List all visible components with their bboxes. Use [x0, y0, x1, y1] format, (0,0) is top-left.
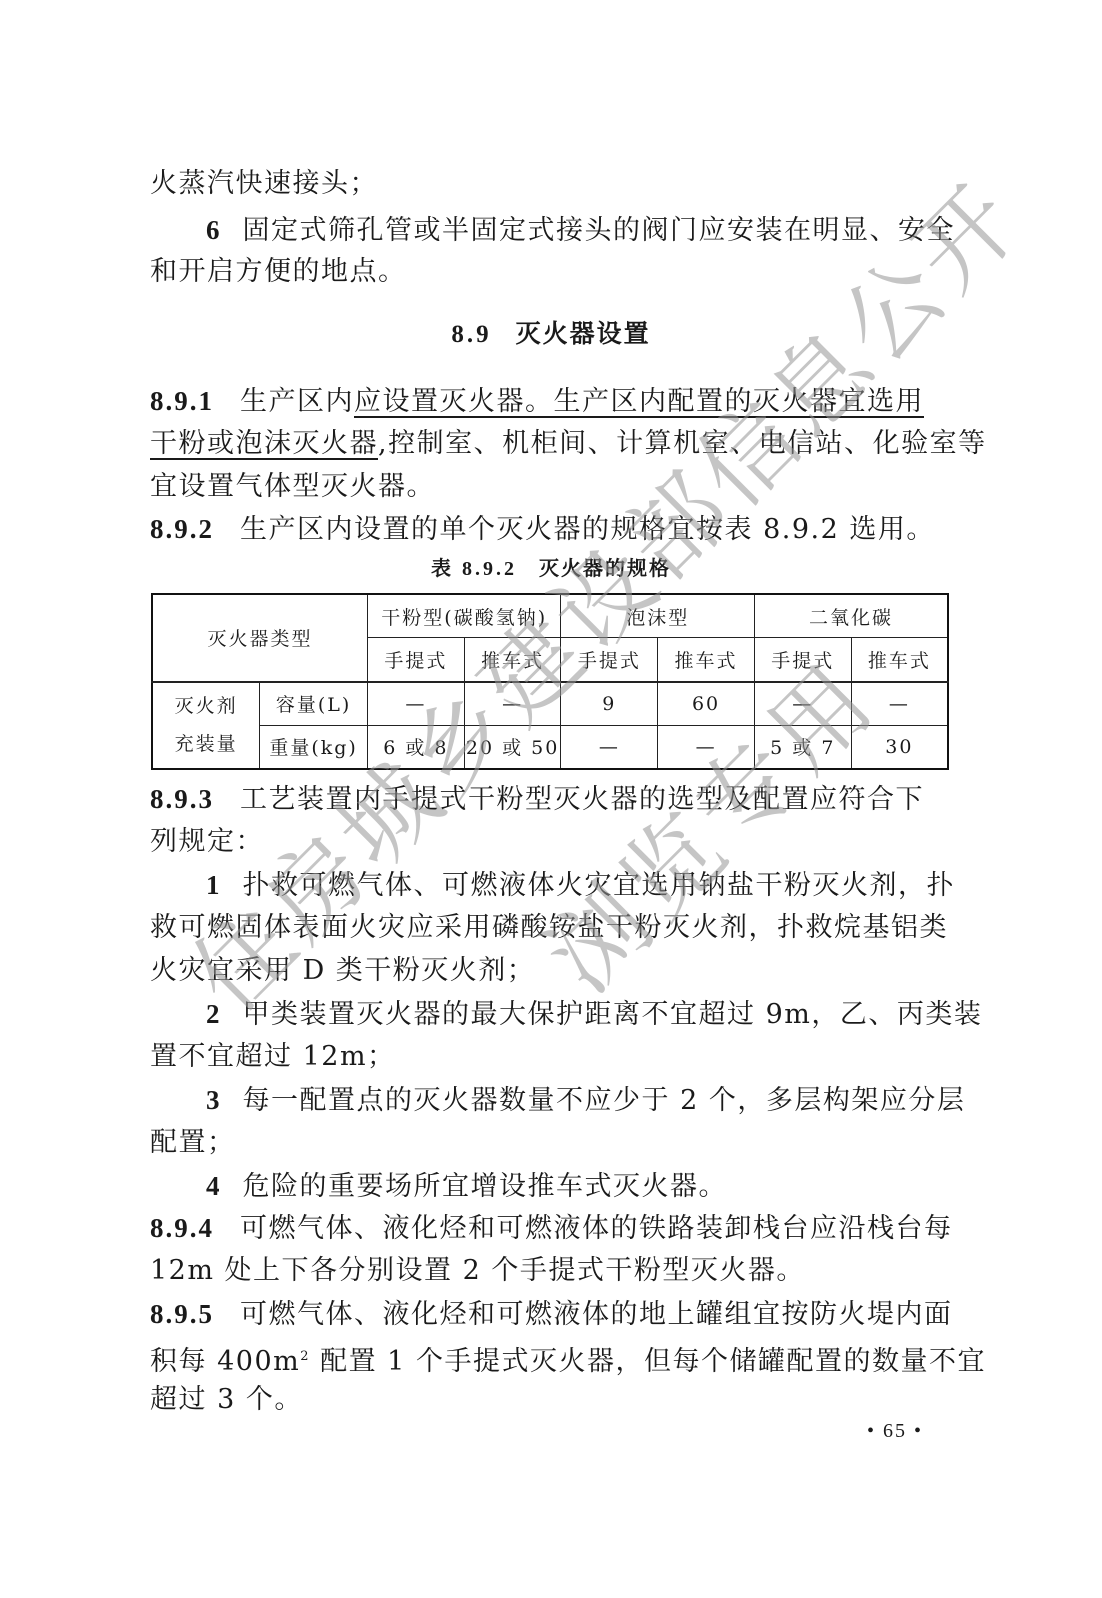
table-cell: —: [561, 725, 658, 769]
table-cell: —: [658, 725, 755, 769]
superscript: 2: [300, 1349, 310, 1364]
clause-number: 8.9.2: [150, 514, 214, 544]
clause-8-9-4-line2: 12m 处上下各分别设置 2 个手提式干粉型灭火器。: [150, 1251, 950, 1291]
row-group-label-line: 充装量: [153, 725, 259, 763]
subheader: 手提式: [367, 638, 464, 682]
item-2: 2甲类装置灭火器的最大保护距离不宜超过 9m，乙、丙类装: [206, 994, 1006, 1035]
row-label: 重量(kg): [260, 725, 368, 769]
table-title: 灭火器的规格: [539, 556, 671, 580]
item-3-line2: 配置；: [150, 1123, 950, 1163]
table-cell: 60: [658, 682, 755, 726]
item-2-line2: 置不宜超过 12m；: [150, 1037, 950, 1077]
row-group-label: 灭火剂 充装量: [152, 682, 260, 769]
clause-text: 生产区内设置的单个灭火器的规格宜按表 8.9.2 选用。: [240, 514, 935, 545]
clause-8-9-5: 8.9.5可燃气体、液化烃和可燃液体的地上罐组宜按防火堤内面: [150, 1294, 950, 1335]
table-cell: —: [754, 682, 851, 726]
row-group-label-line: 灭火剂: [153, 687, 259, 725]
underlined-text: 干粉或泡沫灭火器: [150, 428, 378, 459]
clause-text: 积每 400m: [150, 1346, 300, 1377]
table-cell: 5 或 7: [754, 725, 851, 769]
clause-8-9-3: 8.9.3工艺装置内手提式干粉型灭火器的选型及配置应符合下: [150, 779, 950, 820]
clause-text: 可燃气体、液化烃和可燃液体的铁路装卸栈台应沿栈台每: [240, 1213, 953, 1244]
item-number: 4: [206, 1171, 221, 1201]
clause-8-9-4: 8.9.4可燃气体、液化烃和可燃液体的铁路装卸栈台应沿栈台每: [150, 1208, 950, 1249]
item-text: 每一配置点的灭火器数量不应少于 2 个，多层构架应分层: [243, 1085, 966, 1116]
clause-text: 生产区内: [240, 386, 354, 417]
table-row: 重量(kg) 6 或 8 20 或 50 — — 5 或 7 30: [152, 725, 948, 769]
table-cell: 30: [851, 725, 948, 769]
clause-8-9-1-line2: 干粉或泡沫灭火器,控制室、机柜间、计算机室、电信站、化验室等: [150, 424, 950, 464]
section-number: 8.9: [451, 321, 491, 348]
table-cell: 20 或 50: [464, 725, 561, 769]
clause-text: 工艺装置内手提式干粉型灭火器的选型及配置应符合下: [240, 784, 924, 815]
subheader: 手提式: [754, 638, 851, 682]
group-header: 泡沫型: [561, 594, 754, 638]
item-number: 3: [206, 1085, 221, 1115]
item-1-line2: 救可燃固体表面火灾应采用磷酸铵盐干粉灭火剂，扑救烷基铝类: [150, 908, 950, 948]
item-number: 1: [206, 870, 221, 900]
item-number: 2: [206, 999, 221, 1029]
table-cell: —: [367, 682, 464, 726]
document-page: 火蒸汽快速接头； 6固定式筛孔管或半固定式接头的阀门应安装在明显、安全 和开启方…: [0, 0, 1102, 1598]
item-6: 6固定式筛孔管或半固定式接头的阀门应安装在明显、安全: [206, 210, 1006, 251]
clause-8-9-5-line3: 超过 3 个。: [150, 1380, 950, 1420]
table-cell: —: [851, 682, 948, 726]
item-6-continuation: 和开启方便的地点。: [150, 252, 950, 292]
section-title: 灭火器设置: [516, 319, 651, 348]
clause-8-9-2: 8.9.2生产区内设置的单个灭火器的规格宜按表 8.9.2 选用。: [150, 509, 950, 550]
group-header: 二氧化碳: [754, 594, 948, 638]
item-text: 扑救可燃气体、可燃液体火灾宜选用钠盐干粉灭火剂，扑: [243, 870, 956, 901]
clause-8-9-5-line2: 积每 400m2 配置 1 个手提式灭火器，但每个储罐配置的数量不宜: [150, 1337, 950, 1382]
clause-number: 8.9.5: [150, 1299, 214, 1329]
subheader: 推车式: [851, 638, 948, 682]
clause-number: 8.9.3: [150, 784, 214, 814]
table-cell: —: [464, 682, 561, 726]
item-text: 甲类装置灭火器的最大保护距离不宜超过 9m，乙、丙类装: [243, 999, 983, 1030]
clause-number: 8.9.4: [150, 1213, 214, 1243]
type-header: 灭火器类型: [152, 594, 367, 682]
underlined-text: 应设置灭火器。生产区内配置的灭火器宜选用: [354, 386, 924, 417]
clause-text: ,控制室、机柜间、计算机室、电信站、化验室等: [378, 428, 987, 459]
row-label: 容量(L): [260, 682, 368, 726]
table-row: 灭火剂 充装量 容量(L) — — 9 60 — —: [152, 682, 948, 726]
clause-8-9-1-line3: 宜设置气体型灭火器。: [150, 467, 950, 507]
section-heading: 8.9灭火器设置: [0, 314, 1102, 350]
table-number: 表 8.9.2: [431, 558, 517, 580]
subheader: 推车式: [658, 638, 755, 682]
clause-8-9-1: 8.9.1生产区内应设置灭火器。生产区内配置的灭火器宜选用: [150, 381, 950, 422]
clause-text: 可燃气体、液化烃和可燃液体的地上罐组宜按防火堤内面: [240, 1299, 953, 1330]
item-text: 危险的重要场所宜增设推车式灭火器。: [243, 1171, 728, 1202]
table-cell: 9: [561, 682, 658, 726]
item-1-line3: 火灾宜采用 D 类干粉灭火剂；: [150, 951, 950, 991]
continuation-line: 火蒸汽快速接头；: [150, 164, 950, 204]
extinguisher-spec-table: 灭火器类型 干粉型(碳酸氢钠) 泡沫型 二氧化碳 手提式 推车式 手提式 推车式…: [151, 593, 949, 770]
item-4: 4危险的重要场所宜增设推车式灭火器。: [206, 1166, 1006, 1207]
page-number: • 65 •: [850, 1420, 940, 1443]
table-cell: 6 或 8: [367, 725, 464, 769]
table-caption: 表 8.9.2灭火器的规格: [0, 552, 1102, 581]
item-1: 1扑救可燃气体、可燃液体火灾宜选用钠盐干粉灭火剂，扑: [206, 865, 1006, 906]
clause-8-9-3-line2: 列规定：: [150, 822, 950, 862]
item-text: 固定式筛孔管或半固定式接头的阀门应安装在明显、安全: [243, 215, 956, 246]
subheader: 手提式: [561, 638, 658, 682]
clause-number: 8.9.1: [150, 386, 214, 416]
item-3: 3每一配置点的灭火器数量不应少于 2 个，多层构架应分层: [206, 1080, 1006, 1121]
group-header: 干粉型(碳酸氢钠): [367, 594, 560, 638]
item-number: 6: [206, 215, 221, 245]
clause-text: 配置 1 个手提式灭火器，但每个储罐配置的数量不宜: [310, 1346, 986, 1377]
subheader: 推车式: [464, 638, 561, 682]
